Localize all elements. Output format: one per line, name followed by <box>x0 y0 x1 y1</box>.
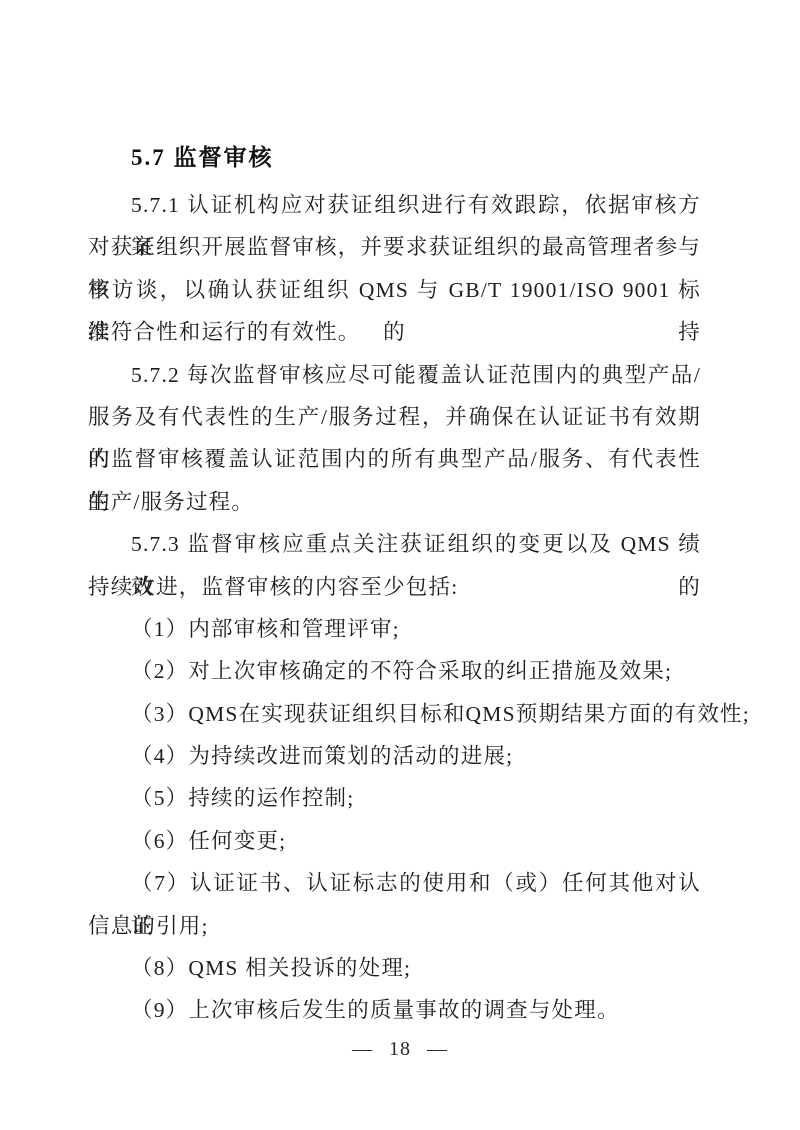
audit-item-1: （1）内部审核和管理评审; <box>88 608 701 650</box>
text-line: （2）对上次审核确定的不符合采取的纠正措施及效果; <box>88 650 701 692</box>
audit-item-4: （4）为持续改进而策划的活动的进展; <box>88 735 701 777</box>
clause-5-7-1: 5.7.1 认证机构应对获证组织进行有效跟踪，依据审核方案对获证组织开展监督审核… <box>88 184 701 354</box>
text-line: （9）上次审核后发生的质量事故的调查与处理。 <box>88 989 701 1031</box>
text-line: （4）为持续改进而策划的活动的进展; <box>88 735 701 777</box>
text-line: 生产/服务过程。 <box>88 481 701 523</box>
audit-item-5: （5）持续的运作控制; <box>88 777 701 819</box>
text-line: （3）QMS在实现获证组织目标和QMS预期结果方面的有效性; <box>88 693 701 735</box>
clause-5-7-3: 5.7.3 监督审核应重点关注获证组织的变更以及 QMS 绩效的持续改进，监督审… <box>88 523 701 608</box>
footer-dash-right: — <box>427 1038 448 1060</box>
footer-dash-left: — <box>352 1038 373 1060</box>
page-footer: —18— <box>0 1038 800 1061</box>
text-line: 5.7.3 监督审核应重点关注获证组织的变更以及 QMS 绩效的 <box>88 523 701 565</box>
section-blocks: 5.7.1 认证机构应对获证组织进行有效跟踪，依据审核方案对获证组织开展监督审核… <box>88 184 701 1032</box>
document-page: 5.7 监督审核 5.7.1 认证机构应对获证组织进行有效跟踪，依据审核方案对获… <box>0 0 800 1130</box>
text-line: （6）任何变更; <box>88 820 701 862</box>
audit-item-3: （3）QMS在实现获证组织目标和QMS预期结果方面的有效性; <box>88 693 701 735</box>
audit-item-6: （6）任何变更; <box>88 820 701 862</box>
audit-item-7: （7）认证证书、认证标志的使用和（或）任何其他对认证信息的引用; <box>88 862 701 947</box>
audit-item-8: （8）QMS 相关投诉的处理; <box>88 947 701 989</box>
text-line: 核访谈，以确认获证组织 QMS 与 GB/T 19001/ISO 9001 标准… <box>88 269 701 311</box>
audit-item-2: （2）对上次审核确定的不符合采取的纠正措施及效果; <box>88 650 701 692</box>
text-line: 5.7.1 认证机构应对获证组织进行有效跟踪，依据审核方案 <box>88 184 701 226</box>
text-line: （8）QMS 相关投诉的处理; <box>88 947 701 989</box>
text-line: 5.7.2 每次监督审核应尽可能覆盖认证范围内的典型产品/ <box>88 354 701 396</box>
text-line: 的监督审核覆盖认证范围内的所有典型产品/服务、有代表性的 <box>88 438 701 480</box>
text-line: （5）持续的运作控制; <box>88 777 701 819</box>
page-number: 18 <box>389 1038 411 1060</box>
section-heading: 5.7 监督审核 <box>88 137 701 184</box>
text-line: 服务及有代表性的生产/服务过程，并确保在认证证书有效期内 <box>88 396 701 438</box>
document-body: 5.7 监督审核 5.7.1 认证机构应对获证组织进行有效跟踪，依据审核方案对获… <box>88 137 701 1032</box>
text-line: （1）内部审核和管理评审; <box>88 608 701 650</box>
clause-5-7-2: 5.7.2 每次监督审核应尽可能覆盖认证范围内的典型产品/服务及有代表性的生产/… <box>88 354 701 524</box>
text-line: 信息的引用; <box>88 905 701 947</box>
text-line: 对获证组织开展监督审核，并要求获证组织的最高管理者参与审 <box>88 226 701 268</box>
audit-item-9: （9）上次审核后发生的质量事故的调查与处理。 <box>88 989 701 1031</box>
text-line: （7）认证证书、认证标志的使用和（或）任何其他对认证 <box>88 862 701 904</box>
